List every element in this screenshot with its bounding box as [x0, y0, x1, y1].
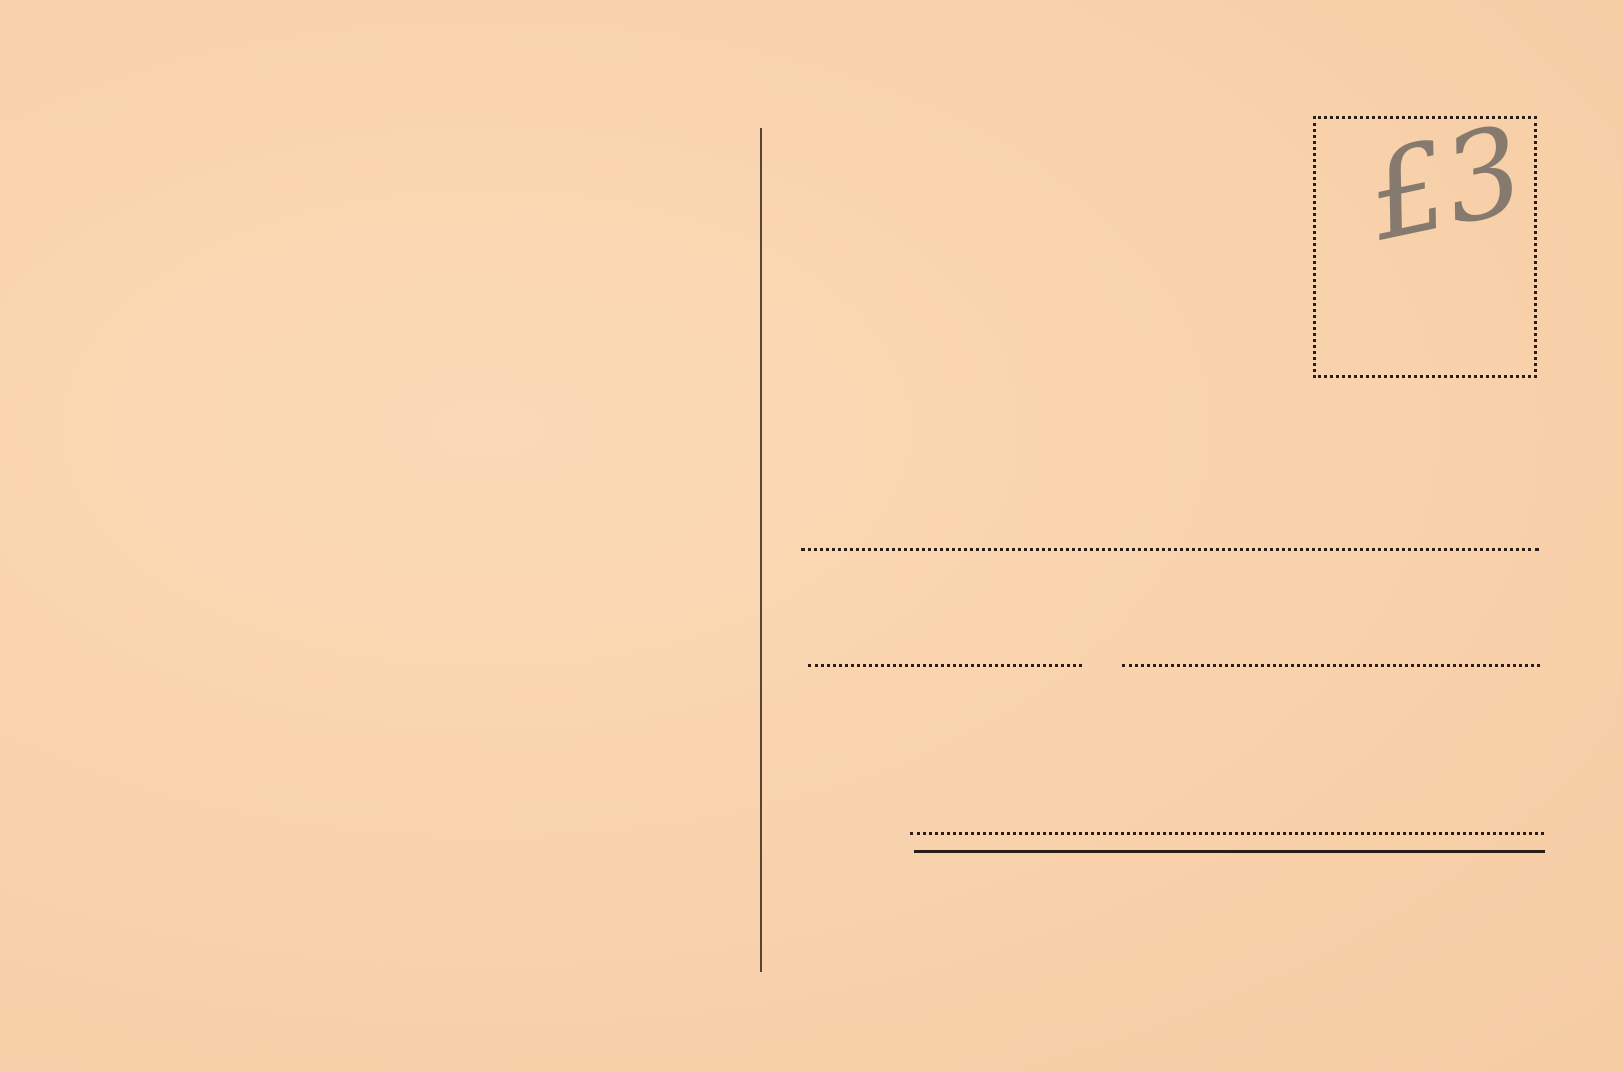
postcard-back: £3	[0, 0, 1623, 1072]
address-line-4	[914, 850, 1545, 853]
address-line-3	[910, 832, 1544, 835]
center-divider-line	[760, 128, 762, 972]
address-line-1	[801, 548, 1539, 551]
address-line-2b	[1122, 664, 1540, 667]
address-line-2a	[808, 664, 1082, 667]
handwritten-price: £3	[1359, 110, 1533, 259]
